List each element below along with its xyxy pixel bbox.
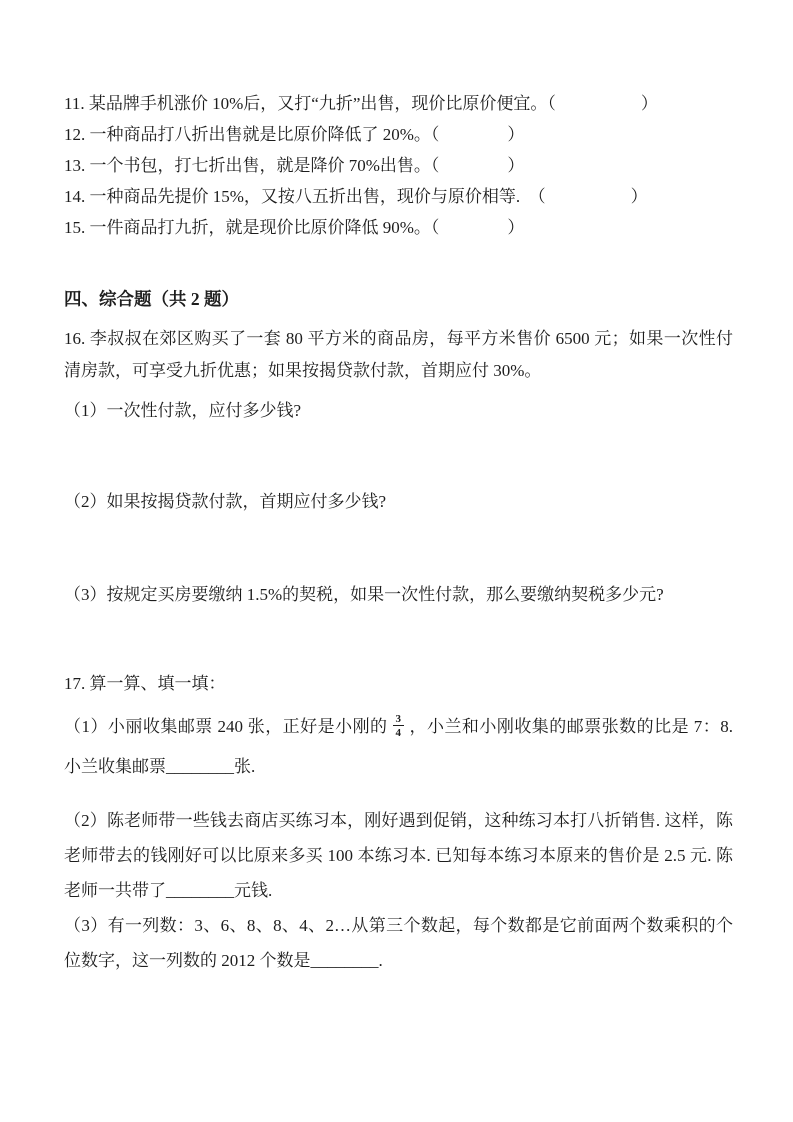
question-17-part-1: （1）小丽收集邮票 240 张，正好是小刚的34，小兰和小刚收集的邮票张数的比是… xyxy=(64,707,733,787)
question-13: 13. 一个书包，打七折出售，就是降价 70%出售。（ ） xyxy=(64,150,733,181)
question-14: 14. 一种商品先提价 15%，又按八五折出售，现价与原价相等. （ ） xyxy=(64,181,733,212)
fraction-denominator: 4 xyxy=(393,725,405,740)
question-16-part-2: （2）如果按揭贷款付款，首期应付多少钱? xyxy=(64,486,733,517)
question-15: 15. 一件商品打九折，就是现价比原价降低 90%。（ ） xyxy=(64,212,733,243)
question-12: 12. 一种商品打八折出售就是比原价降低了 20%。（ ） xyxy=(64,119,733,150)
section-4-header: 四、综合题（共 2 题） xyxy=(64,283,733,315)
question-17-part-2: （2）陈老师带一些钱去商店买练习本，刚好遇到促销，这种练习本打八折销售. 这样，… xyxy=(64,803,733,908)
question-11: 11. 某品牌手机涨价 10%后，又打“九折”出售，现价比原价便宜。（ ） xyxy=(64,88,733,119)
true-false-question-list: 11. 某品牌手机涨价 10%后，又打“九折”出售，现价比原价便宜。（ ） 12… xyxy=(64,88,733,243)
question-17-part-3: （3）有一列数：3、6、8、8、4、2…从第三个数起，每个数都是它前面两个数乘积… xyxy=(64,908,733,978)
question-17-title: 17. 算一算、填一填： xyxy=(64,668,733,699)
question-16-intro: 16. 李叔叔在郊区购买了一套 80 平方米的商品房，每平方米售价 6500 元… xyxy=(64,323,733,387)
worksheet-page: 11. 某品牌手机涨价 10%后，又打“九折”出售，现价比原价便宜。（ ） 12… xyxy=(0,0,793,1122)
question-17: 17. 算一算、填一填： （1）小丽收集邮票 240 张，正好是小刚的34，小兰… xyxy=(64,668,733,978)
question-17-part-1-text-before: （1）小丽收集邮票 240 张，正好是小刚的 xyxy=(64,717,388,736)
fraction-three-fourths: 34 xyxy=(393,713,405,740)
question-16-part-3: （3）按规定买房要缴纳 1.5%的契税，如果一次性付款，那么要缴纳契税多少元? xyxy=(64,579,733,610)
question-16: 16. 李叔叔在郊区购买了一套 80 平方米的商品房，每平方米售价 6500 元… xyxy=(64,323,733,610)
question-16-part-1: （1）一次性付款，应付多少钱? xyxy=(64,395,733,426)
fraction-numerator: 3 xyxy=(393,713,405,725)
